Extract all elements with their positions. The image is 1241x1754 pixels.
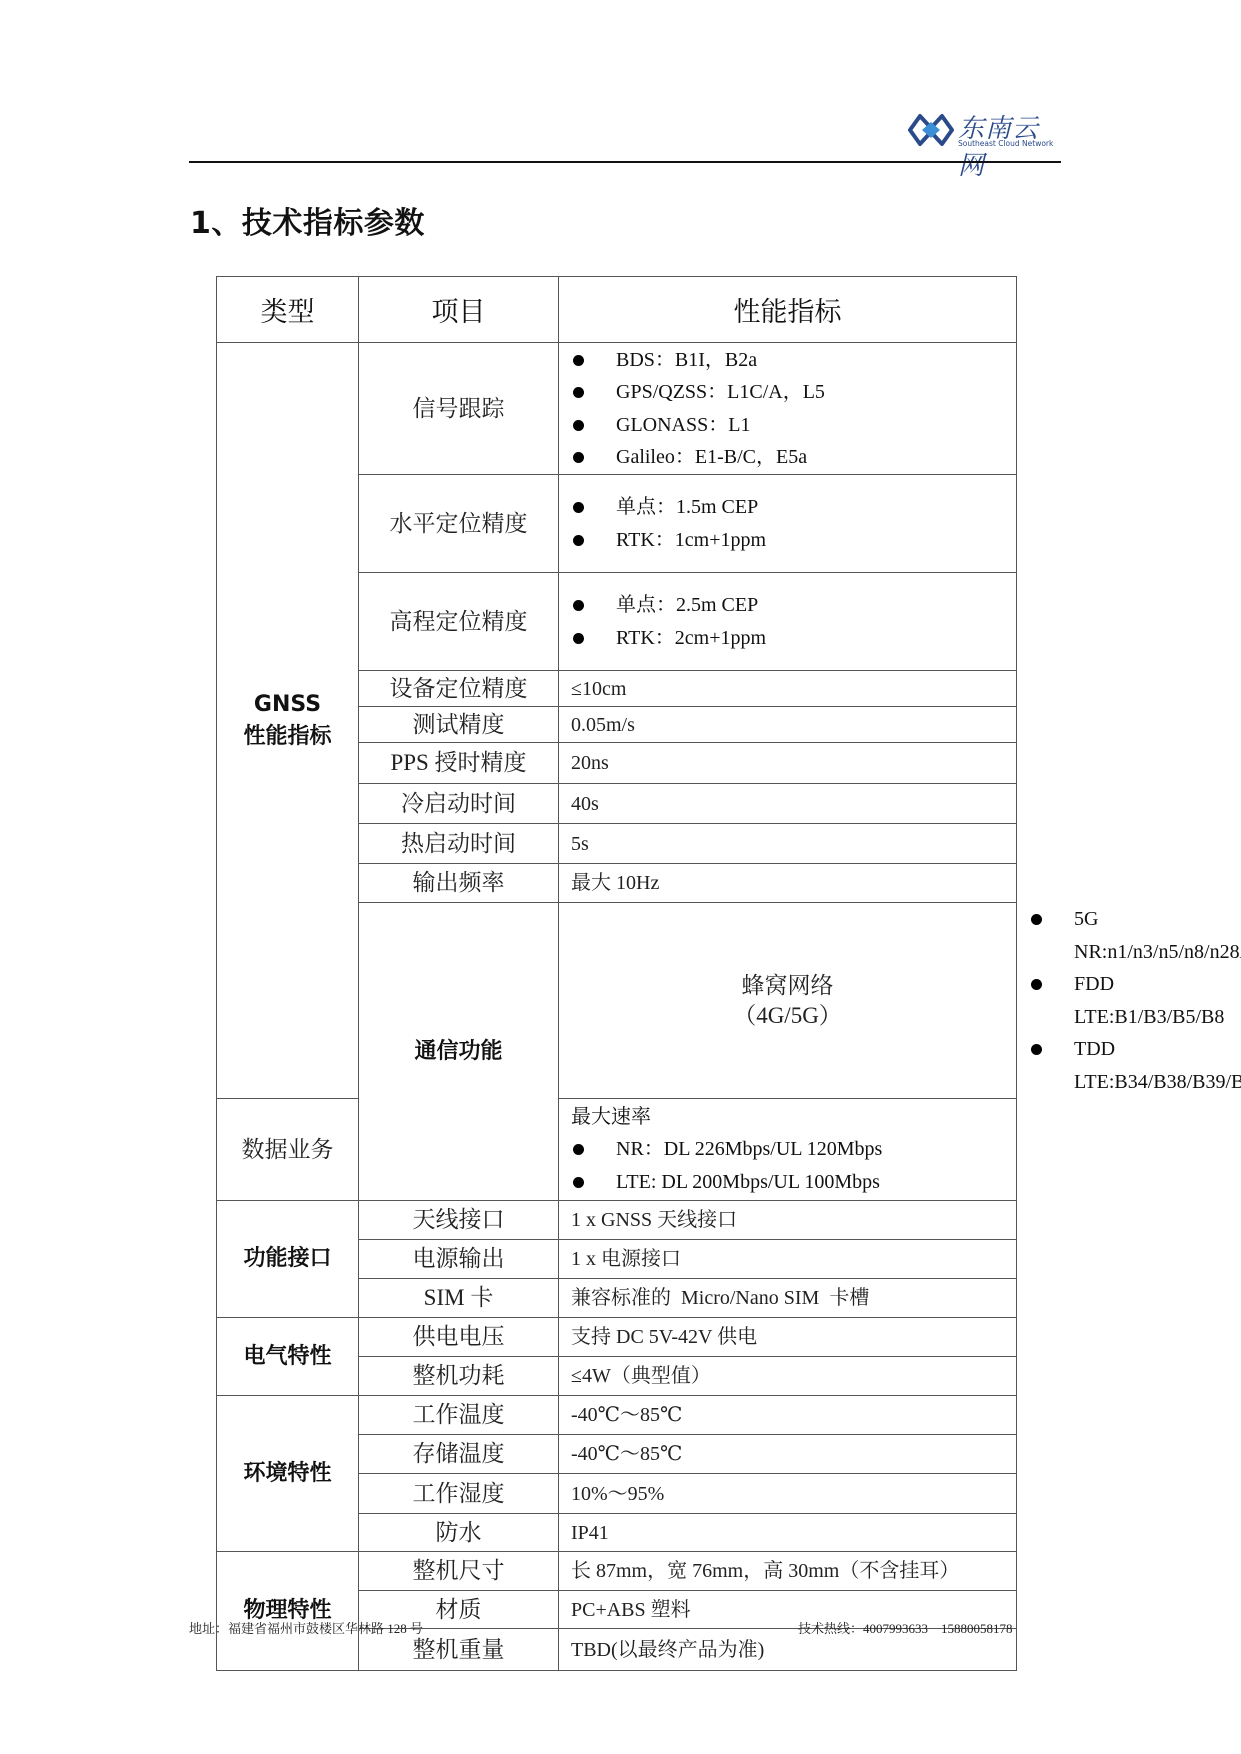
- logo-text-en: Southeast Cloud Network: [958, 139, 1053, 148]
- item-label: 输出频率: [359, 864, 559, 903]
- bullet-item: BDS：B1I，B2a: [571, 344, 1016, 377]
- spec-value: 支持 DC 5V-42V 供电: [559, 1318, 1017, 1357]
- bullet-item: Galileo：E1-B/C，E5a: [571, 441, 1016, 474]
- spec-value: -40℃～85℃: [559, 1396, 1017, 1435]
- bullet-item: 5G NR:n1/n3/n5/n8/n28A/n41/n78: [1029, 903, 1074, 968]
- item-label: PPS 授时精度: [359, 743, 559, 784]
- table-header-row: 类型 项目 性能指标: [217, 277, 1017, 343]
- spec-value: 40s: [559, 784, 1017, 824]
- item-label: 设备定位精度: [359, 671, 559, 707]
- item-label: SIM 卡: [359, 1279, 559, 1318]
- item-label: 防水: [359, 1514, 559, 1552]
- item-label: 整机尺寸: [359, 1552, 559, 1591]
- bullet-item: 单点：1.5m CEP: [571, 491, 1016, 524]
- item-label: 工作温度: [359, 1396, 559, 1435]
- bullet-item: TDD LTE:B34/B38/B39/B40/B41: [1029, 1033, 1074, 1098]
- item-label: 供电电压: [359, 1318, 559, 1357]
- bullet-item: FDD LTE:B1/B3/B5/B8: [1029, 968, 1074, 1033]
- category-electrical: 电气特性: [217, 1318, 359, 1396]
- bullet-item: NR：DL 226Mbps/UL 120Mbps: [571, 1133, 1016, 1166]
- column-header-type: 类型: [217, 277, 359, 343]
- table-row: 物理特性 整机尺寸 长 87mm，宽 76mm，高 30mm（不含挂耳）: [217, 1552, 1017, 1591]
- spec-value: 长 87mm，宽 76mm，高 30mm（不含挂耳）: [559, 1552, 1017, 1591]
- item-label: 热启动时间: [359, 824, 559, 864]
- category-physical: 物理特性: [217, 1552, 359, 1671]
- spec-value: 5s: [559, 824, 1017, 864]
- bullet-item: RTK：1cm+1ppm: [571, 524, 1016, 557]
- spec-value: 1 x 电源接口: [559, 1240, 1017, 1279]
- spec-value: 10%～95%: [559, 1474, 1017, 1514]
- item-label: 测试精度: [359, 707, 559, 743]
- spec-value: 最大速率 NR：DL 226Mbps/UL 120Mbps LTE: DL 20…: [559, 1099, 1017, 1201]
- spec-lead: 最大速率: [559, 1101, 1016, 1133]
- spec-value: 0.05m/s: [559, 707, 1017, 743]
- spec-value: ≤4W（典型值）: [559, 1357, 1017, 1396]
- item-label: 冷启动时间: [359, 784, 559, 824]
- bullet-item: 单点：2.5m CEP: [571, 589, 1016, 622]
- spec-value: -40℃～85℃: [559, 1435, 1017, 1474]
- bullet-item: GPS/QZSS：L1C/A，L5: [571, 376, 1016, 409]
- spec-table: 类型 项目 性能指标 GNSS 性能指标 信号跟踪 BDS：B1I，B2a GP…: [216, 276, 1017, 1671]
- item-label: 整机功耗: [359, 1357, 559, 1396]
- spec-value: 单点：2.5m CEP RTK：2cm+1ppm: [559, 573, 1017, 671]
- spec-value: 兼容标准的 Micro/Nano SIM 卡槽: [559, 1279, 1017, 1318]
- logo-mark-icon: [908, 110, 954, 150]
- spec-value: 1 x GNSS 天线接口: [559, 1201, 1017, 1240]
- category-gnss: GNSS 性能指标: [217, 343, 359, 1099]
- column-header-spec: 性能指标: [559, 277, 1017, 343]
- category-communication: 通信功能: [359, 903, 559, 1201]
- table-row: 电气特性 供电电压 支持 DC 5V-42V 供电: [217, 1318, 1017, 1357]
- company-logo: 东南云网 Southeast Cloud Network: [908, 108, 1058, 154]
- table-row: 环境特性 工作温度 -40℃～85℃: [217, 1396, 1017, 1435]
- item-label: 存储温度: [359, 1435, 559, 1474]
- category-environmental: 环境特性: [217, 1396, 359, 1552]
- footer-hotline: 技术热线：4007993633 15880058178: [798, 1618, 1013, 1637]
- item-label: 水平定位精度: [359, 475, 559, 573]
- spec-value: 单点：1.5m CEP RTK：1cm+1ppm: [559, 475, 1017, 573]
- item-label: 工作湿度: [359, 1474, 559, 1514]
- item-label: 高程定位精度: [359, 573, 559, 671]
- item-label: 天线接口: [359, 1201, 559, 1240]
- footer-address: 地址：福建省福州市鼓楼区华林路 128 号: [189, 1618, 423, 1637]
- bullet-item: RTK：2cm+1ppm: [571, 622, 1016, 655]
- spec-value: 20ns: [559, 743, 1017, 784]
- category-interfaces: 功能接口: [217, 1201, 359, 1318]
- header-divider: [189, 161, 1061, 163]
- spec-value: IP41: [559, 1514, 1017, 1552]
- item-label: 信号跟踪: [359, 343, 559, 475]
- spec-value: BDS：B1I，B2a GPS/QZSS：L1C/A，L5 GLONASS：L1…: [559, 343, 1017, 475]
- bullet-item: GLONASS：L1: [571, 409, 1016, 442]
- table-row: GNSS 性能指标 信号跟踪 BDS：B1I，B2a GPS/QZSS：L1C/…: [217, 343, 1017, 475]
- column-header-item: 项目: [359, 277, 559, 343]
- section-title: 1、技术指标参数: [190, 198, 425, 242]
- spec-value: ≤10cm: [559, 671, 1017, 707]
- table-row: 功能接口 天线接口 1 x GNSS 天线接口: [217, 1201, 1017, 1240]
- item-label: 数据业务: [217, 1099, 359, 1201]
- bullet-item: LTE: DL 200Mbps/UL 100Mbps: [571, 1166, 1016, 1199]
- table-row: 数据业务 最大速率 NR：DL 226Mbps/UL 120Mbps LTE: …: [217, 1099, 1017, 1201]
- item-label: 电源输出: [359, 1240, 559, 1279]
- item-label: 蜂窝网络 （4G/5G）: [559, 903, 1017, 1099]
- spec-value: 最大 10Hz: [559, 864, 1017, 903]
